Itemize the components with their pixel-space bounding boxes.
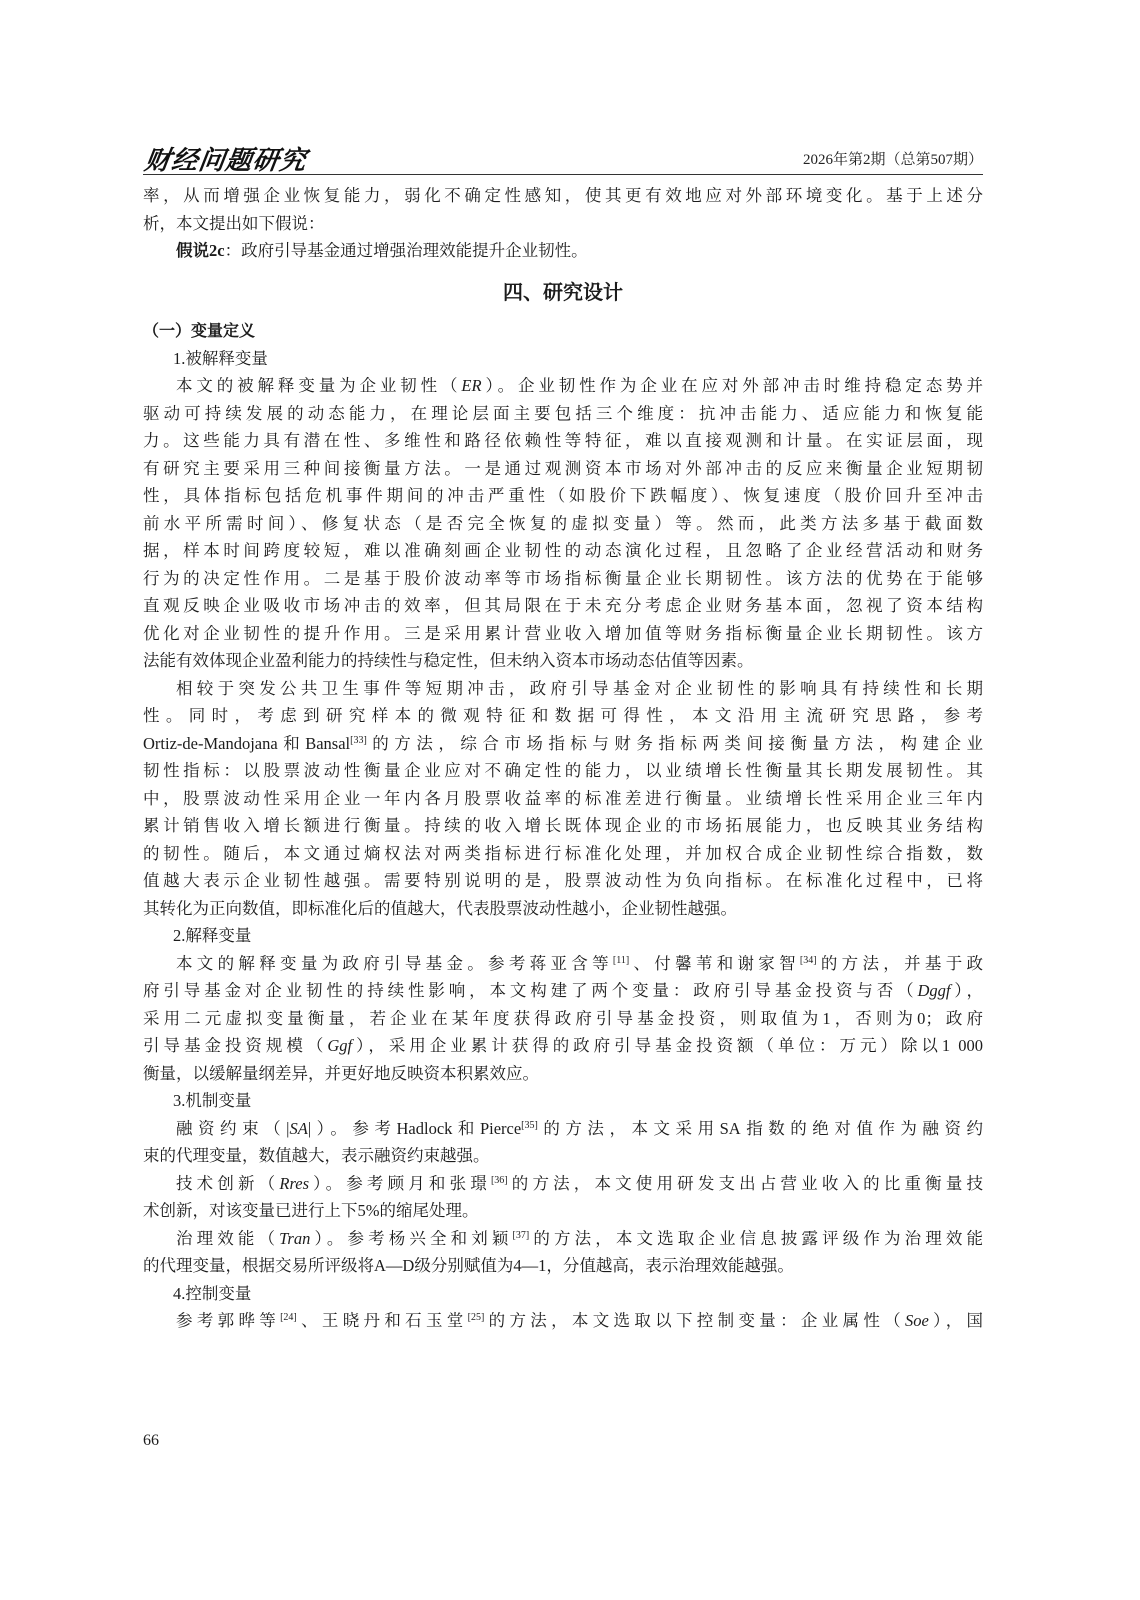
citation-35[interactable]: [35]	[521, 1120, 538, 1131]
text-line: 前水平所需时间）、修复状态（是否完全恢复的虚拟变量）等。然而，此类方法多基于截面…	[143, 510, 983, 538]
text-line: 累计销售收入增长额进行衡量。持续的收入增长既体现企业的市场拓展能力，也反映其业务…	[143, 812, 983, 840]
text-line: 析，本文提出如下假说：	[143, 210, 983, 238]
text-line: 行为的决定性作用。二是基于股价波动率等市场指标衡量企业长期韧性。该方法的优势在于…	[143, 565, 983, 593]
text-line: 参考郭晔等[24]、王晓丹和石玉堂[25]的方法，本文选取以下控制变量：企业属性…	[143, 1307, 983, 1335]
text-line: Ortiz-de-Mandojana和Bansal[33]的方法，综合市场指标与…	[143, 730, 983, 758]
mechanism-tech-innovation: 技术创新（Rres）。参考顾月和张璟[36]的方法，本文使用研发支出占营业收入的…	[143, 1170, 983, 1225]
text-line: 中，股票波动性采用企业一年内各月股票收益率的标准差进行衡量。业绩增长性采用企业三…	[143, 785, 983, 813]
issue-info: 2026年第2期（总第507期）	[803, 148, 983, 169]
text-line: 融资约束（|SA|）。参考Hadlock和Pierce[35]的方法，本文采用S…	[143, 1115, 983, 1143]
text-line: 直观反映企业吸收市场冲击的效率，但其局限在于未充分考虑企业财务基本面，忽视了资本…	[143, 592, 983, 620]
hypothesis-label: 假说2c	[176, 241, 225, 260]
intro-paragraph: 率，从而增强企业恢复能力，弱化不确定性感知，使其更有效地应对外部环境变化。基于上…	[143, 182, 983, 237]
mechanism-financing-constraint: 融资约束（|SA|）。参考Hadlock和Pierce[35]的方法，本文采用S…	[143, 1115, 983, 1170]
citation-33[interactable]: [33]	[350, 735, 367, 746]
text-line: 的代理变量，根据交易所评级将A—D级分别赋值为4—1，分值越高，表示治理效能越强…	[143, 1252, 983, 1280]
text-line: 有研究主要采用三种间接衡量方法。一是通过观测资本市场对外部冲击的反应来衡量企业短…	[143, 455, 983, 483]
citation-36[interactable]: [36]	[491, 1175, 508, 1186]
citation-11[interactable]: [11]	[613, 955, 629, 966]
text-line: 相较于突发公共卫生事件等短期冲击，政府引导基金对企业韧性的影响具有持续性和长期	[143, 675, 983, 703]
text-line: 韧性指标：以股票波动性衡量企业应对不确定性的能力，以业绩增长性衡量其长期发展韧性…	[143, 757, 983, 785]
text-line: 衡量，以缓解量纲差异，并更好地反映资本积累效应。	[143, 1060, 983, 1088]
text-line: 府引导基金对企业韧性的持续性影响，本文构建了两个变量：政府引导基金投资与否（Dg…	[143, 977, 983, 1005]
text-line: 驱动可持续发展的动态能力，在理论层面主要包括三个维度：抗冲击能力、适应能力和恢复…	[143, 400, 983, 428]
hypothesis-2c: 假说2c：政府引导基金通过增强治理效能提升企业韧性。	[143, 237, 983, 265]
section-title: 四、研究设计	[143, 277, 983, 307]
page-number: 66	[143, 1432, 159, 1450]
control-para: 参考郭晔等[24]、王晓丹和石玉堂[25]的方法，本文选取以下控制变量：企业属性…	[143, 1307, 983, 1335]
explanatory-variable-heading: 2.解释变量	[143, 922, 983, 950]
text-line: 率，从而增强企业恢复能力，弱化不确定性感知，使其更有效地应对外部环境变化。基于上…	[143, 182, 983, 210]
text-line: 的韧性。随后，本文通过熵权法对两类指标进行标准化处理，并加权合成企业韧性综合指数…	[143, 840, 983, 868]
text-line: 值越大表示企业韧性越强。需要特别说明的是，股票波动性为负向指标。在标准化过程中，…	[143, 867, 983, 895]
citation-24[interactable]: [24]	[280, 1312, 297, 1323]
explanatory-para: 本文的解释变量为政府引导基金。参考蒋亚含等[11]、付馨苇和谢家智[34]的方法…	[143, 950, 983, 1088]
text-line: 引导基金投资规模（Ggf），采用企业累计获得的政府引导基金投资额（单位：万元）除…	[143, 1032, 983, 1060]
text-line: 本文的被解释变量为企业韧性（ER）。企业韧性作为企业在应对外部冲击时维持稳定态势…	[143, 372, 983, 400]
text-line: 术创新，对该变量已进行上下5%的缩尾处理。	[143, 1197, 983, 1225]
subsection-title: （一）变量定义	[143, 317, 983, 345]
text-line: 性。同时，考虑到研究样本的微观特征和数据可得性，本文沿用主流研究思路，参考	[143, 702, 983, 730]
text-line: 束的代理变量，数值越大，表示融资约束越强。	[143, 1142, 983, 1170]
text-line: 其转化为正向数值，即标准化后的值越大，代表股票波动性越小，企业韧性越强。	[143, 895, 983, 923]
text-line: 力。这些能力具有潜在性、多维性和路径依赖性等特征，难以直接观测和计量。在实证层面…	[143, 427, 983, 455]
citation-37[interactable]: [37]	[513, 1230, 530, 1241]
text-line: 优化对企业韧性的提升作用。三是采用累计营业收入增加值等财务指标衡量企业长期韧性。…	[143, 620, 983, 648]
text-line: 本文的解释变量为政府引导基金。参考蒋亚含等[11]、付馨苇和谢家智[34]的方法…	[143, 950, 983, 978]
text-line: 技术创新（Rres）。参考顾月和张璟[36]的方法，本文使用研发支出占营业收入的…	[143, 1170, 983, 1198]
article-body: 率，从而增强企业恢复能力，弱化不确定性感知，使其更有效地应对外部环境变化。基于上…	[143, 182, 983, 1335]
mechanism-variable-heading: 3.机制变量	[143, 1087, 983, 1115]
page-header: 财经问题研究 2026年第2期（总第507期）	[143, 140, 983, 175]
text-line: 治理效能（Tran）。参考杨兴全和刘颖[37]的方法，本文选取企业信息披露评级作…	[143, 1225, 983, 1253]
text-line: 法能有效体现企业盈利能力的持续性与稳定性，但未纳入资本市场动态估值等因素。	[143, 647, 983, 675]
dependent-para-2: 相较于突发公共卫生事件等短期冲击，政府引导基金对企业韧性的影响具有持续性和长期 …	[143, 675, 983, 923]
journal-logo: 财经问题研究	[142, 140, 309, 177]
text-line: 性，具体指标包括危机事件期间的冲击严重性（如股价下跌幅度）、恢复速度（股价回升至…	[143, 482, 983, 510]
citation-25[interactable]: [25]	[468, 1312, 485, 1323]
dependent-para-1: 本文的被解释变量为企业韧性（ER）。企业韧性作为企业在应对外部冲击时维持稳定态势…	[143, 372, 983, 675]
hypothesis-text: ：政府引导基金通过增强治理效能提升企业韧性。	[225, 241, 588, 260]
control-variable-heading: 4.控制变量	[143, 1280, 983, 1308]
mechanism-governance: 治理效能（Tran）。参考杨兴全和刘颖[37]的方法，本文选取企业信息披露评级作…	[143, 1225, 983, 1280]
text-line: 采用二元虚拟变量衡量，若企业在某年度获得政府引导基金投资，则取值为1，否则为0；…	[143, 1005, 983, 1033]
dependent-variable-heading: 1.被解释变量	[143, 345, 983, 373]
text-line: 据，样本时间跨度较短，难以准确刻画企业韧性的动态演化过程，且忽略了企业经营活动和…	[143, 537, 983, 565]
citation-34[interactable]: [34]	[800, 955, 817, 966]
